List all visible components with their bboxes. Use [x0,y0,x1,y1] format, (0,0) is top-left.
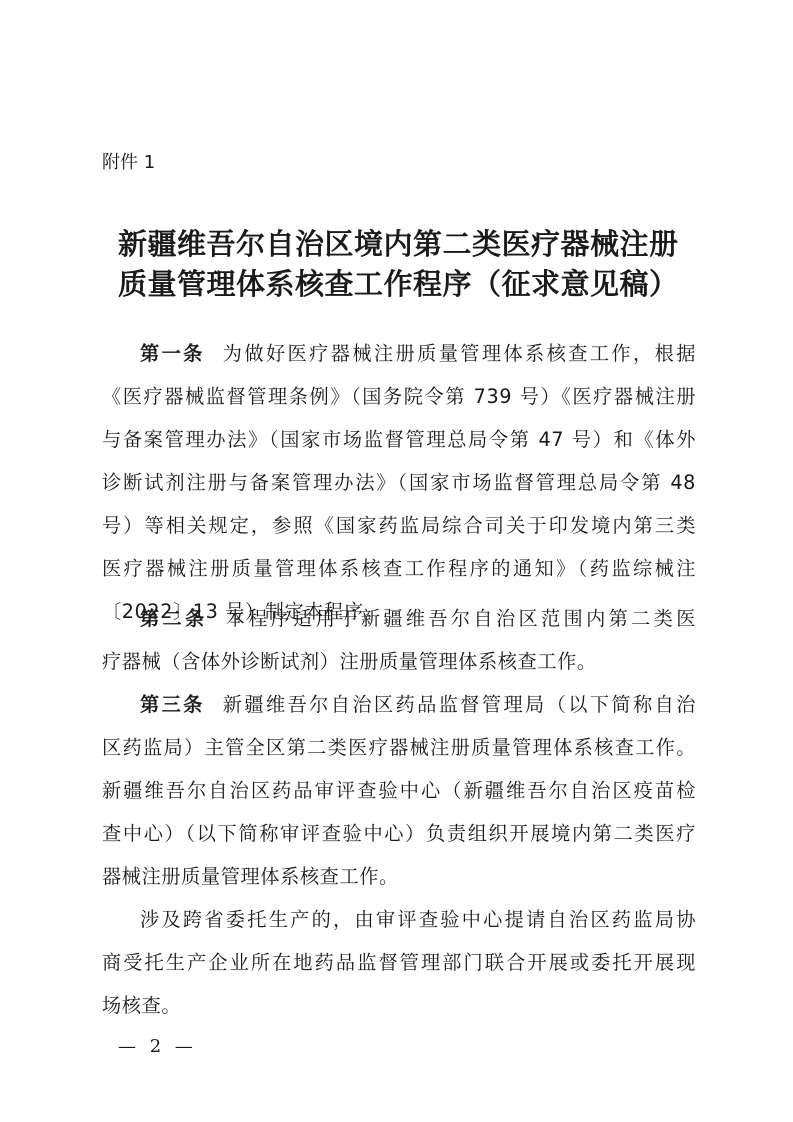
article-3-line-1: 第三条新疆维吾尔自治区药品监督管理局（以下简称自治 [140,692,696,718]
paragraph-extra-line-2: 商受托生产企业所在地药品监督管理部门联合开展或委托开展现 [102,950,696,976]
document-page: 附件 1 新疆维吾尔自治区境内第二类医疗器械注册 质量管理体系核查工作程序（征求… [0,0,793,1122]
article-1-line-2: 《医疗器械监督管理条例》（国务院令第 739 号）《医疗器械注册 [102,384,696,410]
article-3-line-3: 新疆维吾尔自治区药品审评查验中心（新疆维吾尔自治区疫苗检 [102,778,696,804]
article-1-line-5: 号）等相关规定，参照《国家药监局综合司关于印发境内第三类 [102,513,696,539]
article-1-line-4: 诊断试剂注册与备案管理办法》（国家市场监督管理总局令第 48 [102,470,696,496]
paragraph-extra-line-1: 涉及跨省委托生产的，由审评查验中心提请自治区药监局协 [140,907,696,933]
document-title-line-1: 新疆维吾尔自治区境内第二类医疗器械注册 [118,222,688,263]
page-number: — 2 — [118,1036,197,1057]
article-3-line-2: 区药监局）主管全区第二类医疗器械注册质量管理体系核查工作。 [102,735,696,761]
document-title-line-2: 质量管理体系核查工作程序（征求意见稿） [118,262,688,303]
article-1-line-3: 与备案管理办法》（国家市场监督管理总局令第 47 号）和《体外 [102,427,696,453]
article-2-line-1: 第二条本程序适用于新疆维吾尔自治区范围内第二类医 [140,606,696,632]
article-2-line-2: 疗器械（含体外诊断试剂）注册质量管理体系核查工作。 [102,649,696,675]
article-1-line-6: 医疗器械注册质量管理体系核查工作程序的通知》（药监综械注 [102,556,696,582]
article-3-line-5: 器械注册质量管理体系核查工作。 [102,864,696,890]
article-1-line-1: 第一条为做好医疗器械注册质量管理体系核查工作，根据 [140,341,696,367]
article-3-line-4: 查中心）（以下简称审评查验中心）负责组织开展境内第二类医疗 [102,821,696,847]
attachment-label: 附件 1 [102,148,155,174]
article-1-heading: 第一条 [140,342,205,365]
article-3-heading: 第三条 [140,693,205,716]
article-2-heading: 第二条 [140,607,208,630]
paragraph-extra-line-3: 场核查。 [102,993,696,1019]
